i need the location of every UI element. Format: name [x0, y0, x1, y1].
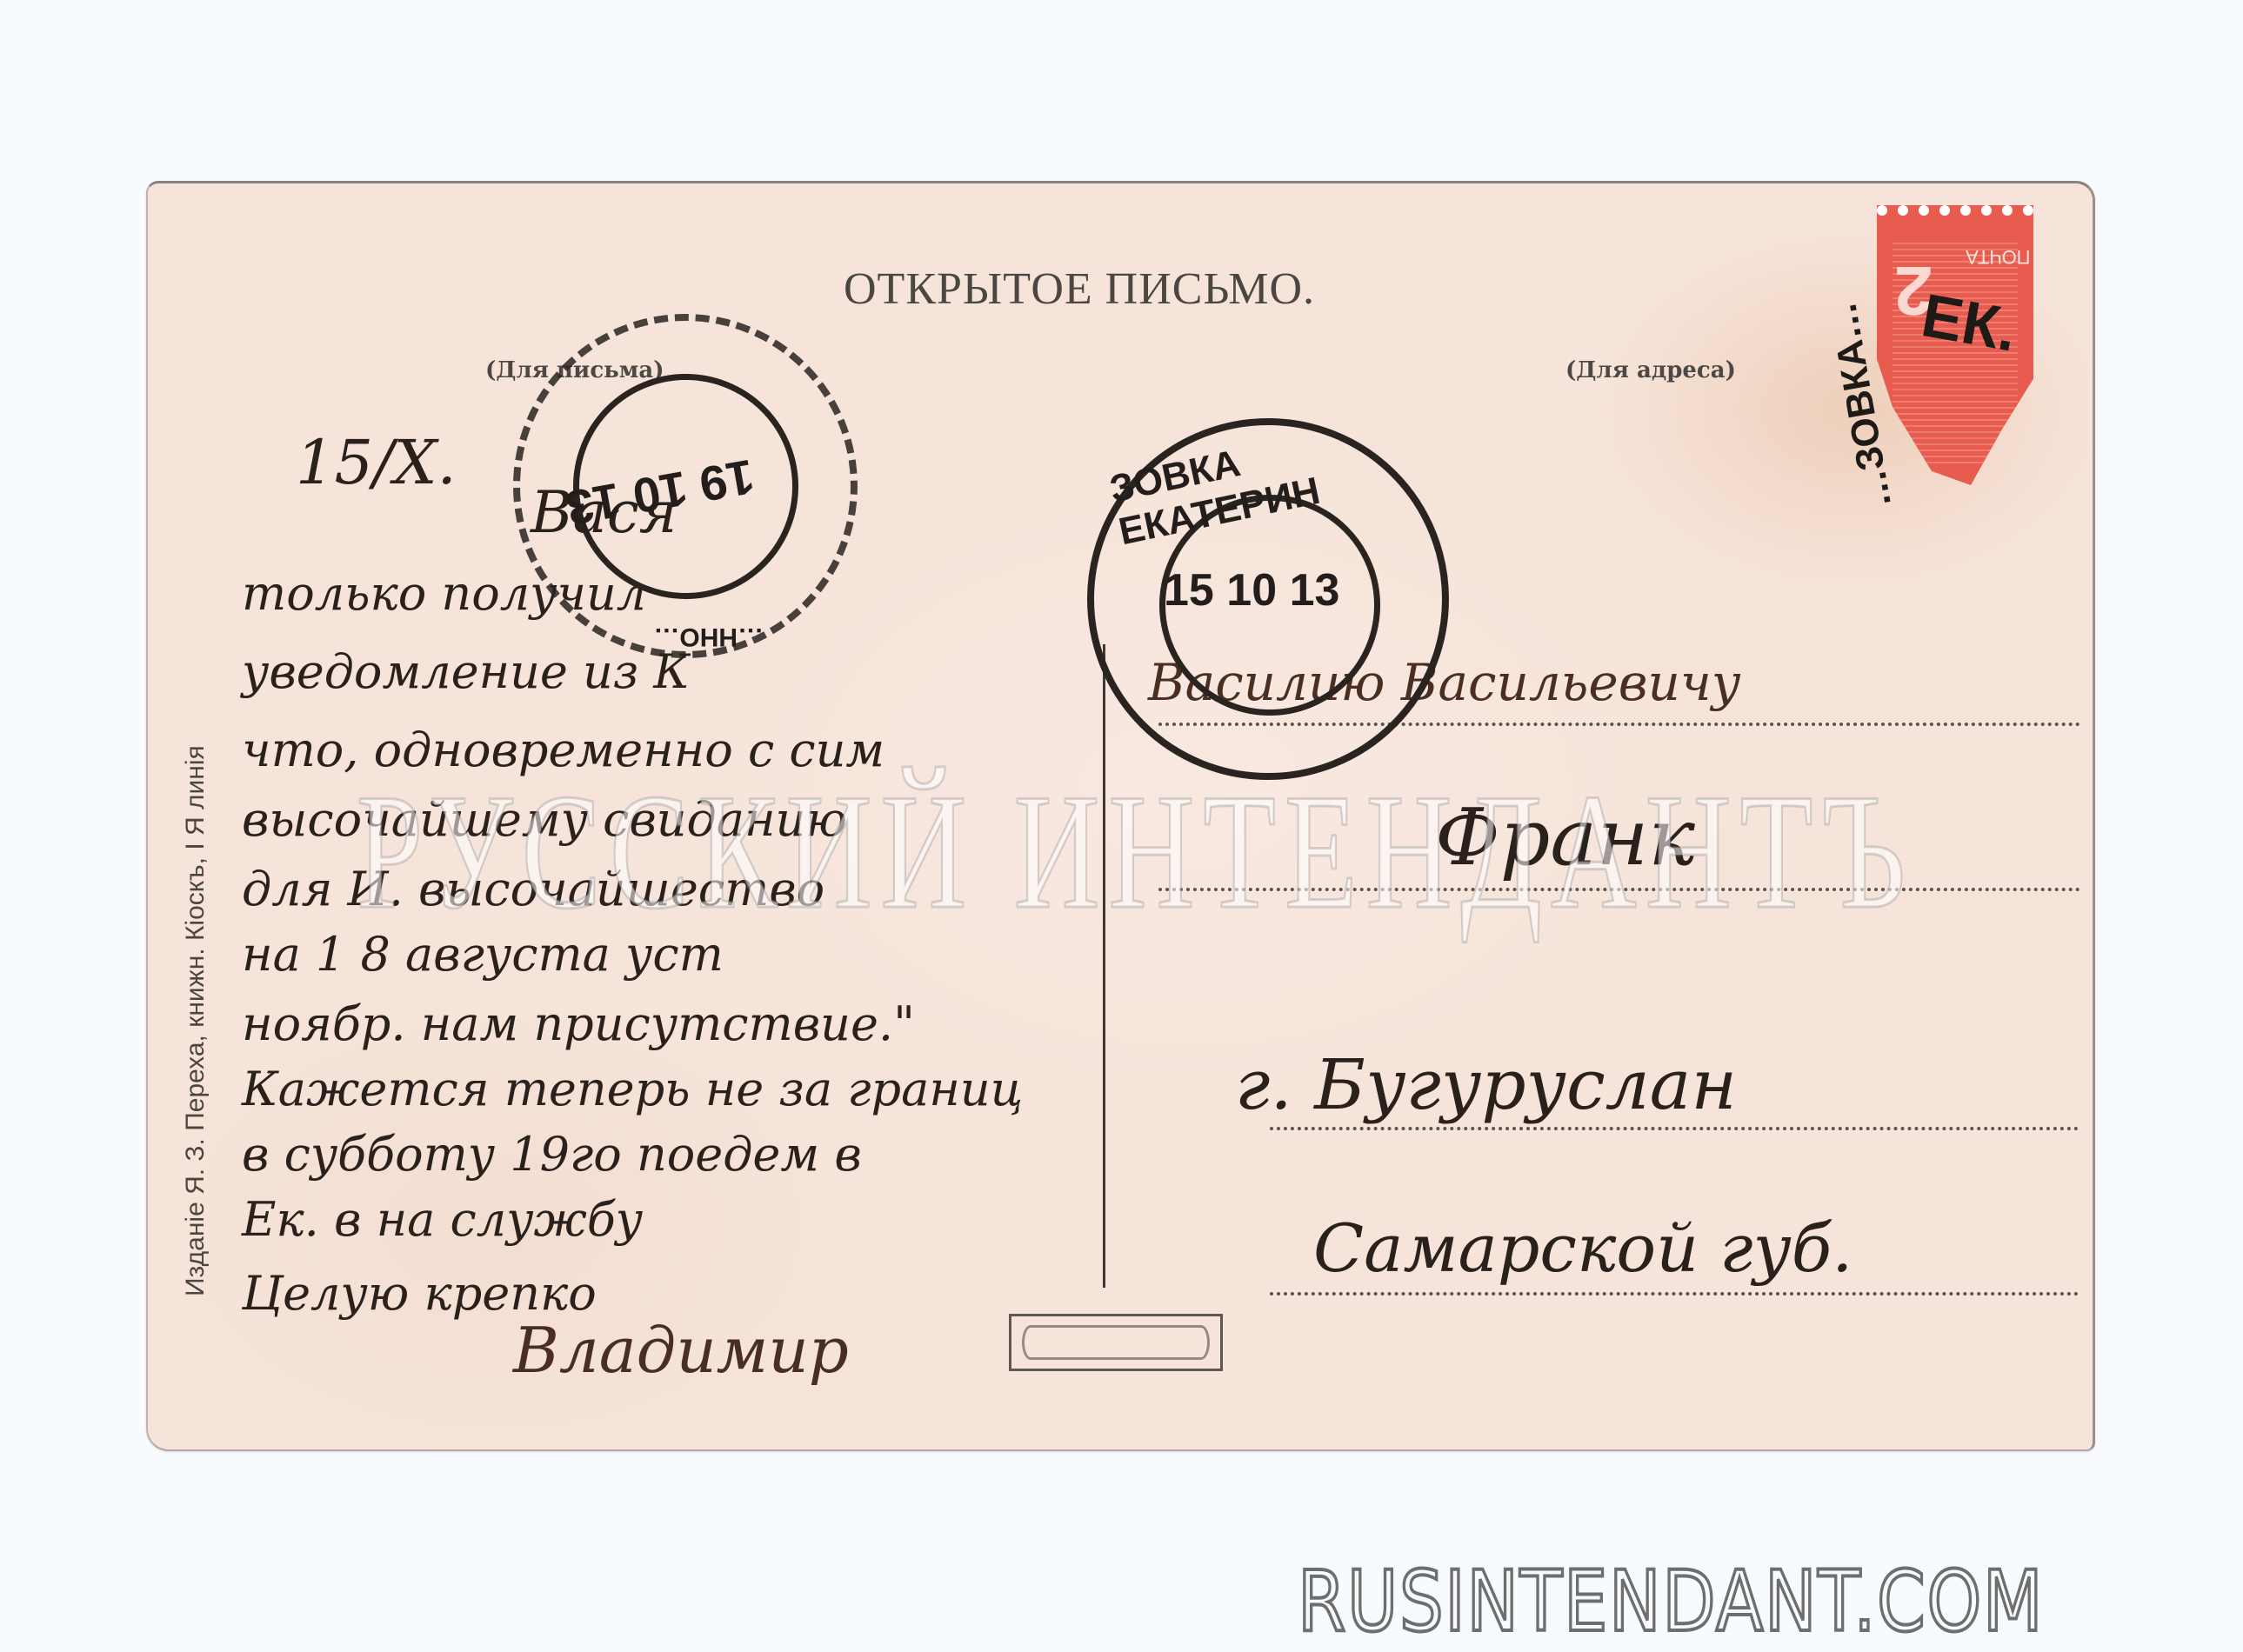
message-line: уведомление из К: [242, 644, 690, 699]
postmark-departure-text: …ННО…: [653, 622, 764, 651]
publisher-imprint: Изданіе Я. З. Переха, книжн. Кіоскъ, I Я…: [181, 514, 210, 1296]
stamp-text: ПОЧТА: [1966, 245, 2031, 268]
address-city: г. Бугуруслан: [1235, 1044, 1737, 1125]
postmark-departure: 19 10 13 …ННО…: [513, 314, 858, 658]
message-line: Кажется теперь не за границ: [242, 1062, 1023, 1116]
postcard-title: ОТКРЫТОЕ ПИСЬМО.: [844, 263, 1315, 315]
postcard-back: ОТКРЫТОЕ ПИСЬМО. (Для письма) (Для адрес…: [146, 181, 2095, 1451]
message-line: Ек. в на службу: [242, 1192, 643, 1247]
address-line-4: [1270, 1292, 2079, 1296]
watermark: РУССКИЙ ИНТЕНДАНТЪ: [357, 757, 1534, 947]
stamp-box-frame: [1009, 1314, 1223, 1371]
address-section-label: (Для адреса): [1565, 357, 1736, 383]
message-date: 15/X.: [296, 427, 457, 498]
postmark-arrival: ЗОВКА ЕКАТЕРИН 15 10 13: [1087, 418, 1449, 780]
message-line: Целую крепко: [242, 1266, 597, 1321]
postmark-arrival-date: 15 10 13: [1164, 564, 1339, 616]
site-logo[interactable]: RUSINTENDANT.COM: [1298, 1553, 2044, 1650]
message-line: ноябр. нам присутствие.": [242, 996, 915, 1051]
message-line: в субботу 19го поедем в: [242, 1127, 862, 1182]
address-province: Самарской губ.: [1313, 1209, 1852, 1287]
message-signature: Владимир: [513, 1314, 849, 1387]
address-line-3: [1270, 1127, 2079, 1130]
section-divider: [1103, 644, 1105, 1288]
